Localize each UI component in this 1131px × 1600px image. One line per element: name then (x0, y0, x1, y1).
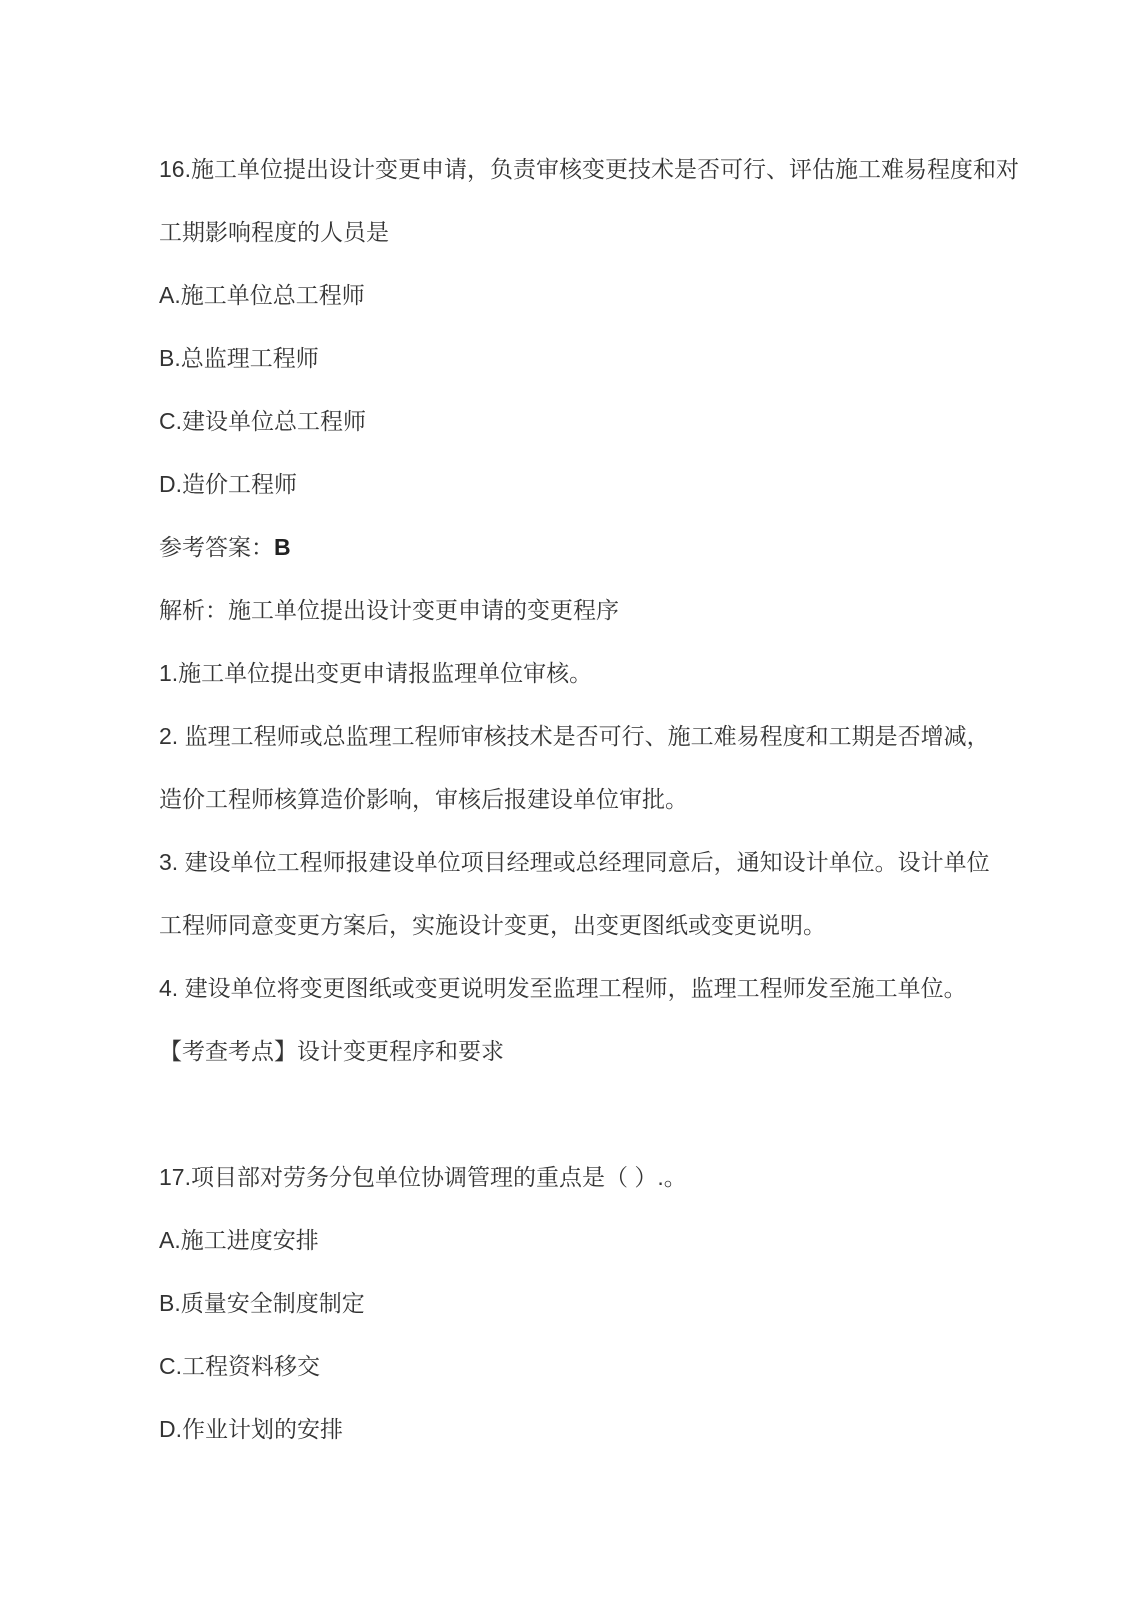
question-16-option-c: C.建设单位总工程师 (159, 390, 1001, 453)
question-16-analysis-line-1: 解析：施工单位提出设计变更申请的变更程序 (159, 579, 1001, 642)
question-16-option-d: D.造价工程师 (159, 453, 1001, 516)
question-16-analysis-line-6: 工程师同意变更方案后，实施设计变更，出变更图纸或变更说明。 (159, 894, 1001, 957)
blank-line-separator (159, 1083, 1001, 1146)
question-16-analysis-line-2: 1.施工单位提出变更申请报监理单位审核。 (159, 642, 1001, 705)
question-17-option-a: A.施工进度安排 (159, 1209, 1001, 1272)
question-16-analysis-line-5: 3. 建设单位工程师报建设单位项目经理或总经理同意后，通知设计单位。设计单位 (159, 831, 1001, 894)
question-16: 16.施工单位提出设计变更申请，负责审核变更技术是否可行、评估施工难易程度和对 … (159, 138, 1001, 1083)
question-17-option-b: B.质量安全制度制定 (159, 1272, 1001, 1335)
document-page: 16.施工单位提出设计变更申请，负责审核变更技术是否可行、评估施工难易程度和对 … (0, 0, 1131, 1600)
answer-label: 参考答案： (159, 534, 274, 560)
answer-value: B (274, 534, 291, 560)
question-17-stem-line-1: 17.项目部对劳务分包单位协调管理的重点是（ ）.。 (159, 1146, 1001, 1209)
question-16-stem-line-2: 工期影响程度的人员是 (159, 201, 1001, 264)
question-16-exam-point: 【考查考点】设计变更程序和要求 (159, 1020, 1001, 1083)
question-16-option-b: B.总监理工程师 (159, 327, 1001, 390)
question-16-stem-line-1: 16.施工单位提出设计变更申请，负责审核变更技术是否可行、评估施工难易程度和对 (159, 138, 1001, 201)
question-16-analysis-line-3: 2. 监理工程师或总监理工程师审核技术是否可行、施工难易程度和工期是否增减， (159, 705, 1001, 768)
question-16-analysis-line-7: 4. 建设单位将变更图纸或变更说明发至监理工程师，监理工程师发至施工单位。 (159, 957, 1001, 1020)
question-16-analysis-line-4: 造价工程师核算造价影响，审核后报建设单位审批。 (159, 768, 1001, 831)
question-16-answer-line: 参考答案：B (159, 516, 1001, 579)
question-17: 17.项目部对劳务分包单位协调管理的重点是（ ）.。 A.施工进度安排 B.质量… (159, 1146, 1001, 1461)
question-16-option-a: A.施工单位总工程师 (159, 264, 1001, 327)
question-17-option-c: C.工程资料移交 (159, 1335, 1001, 1398)
document-content: 16.施工单位提出设计变更申请，负责审核变更技术是否可行、评估施工难易程度和对 … (0, 0, 1131, 1461)
question-17-option-d: D.作业计划的安排 (159, 1398, 1001, 1461)
